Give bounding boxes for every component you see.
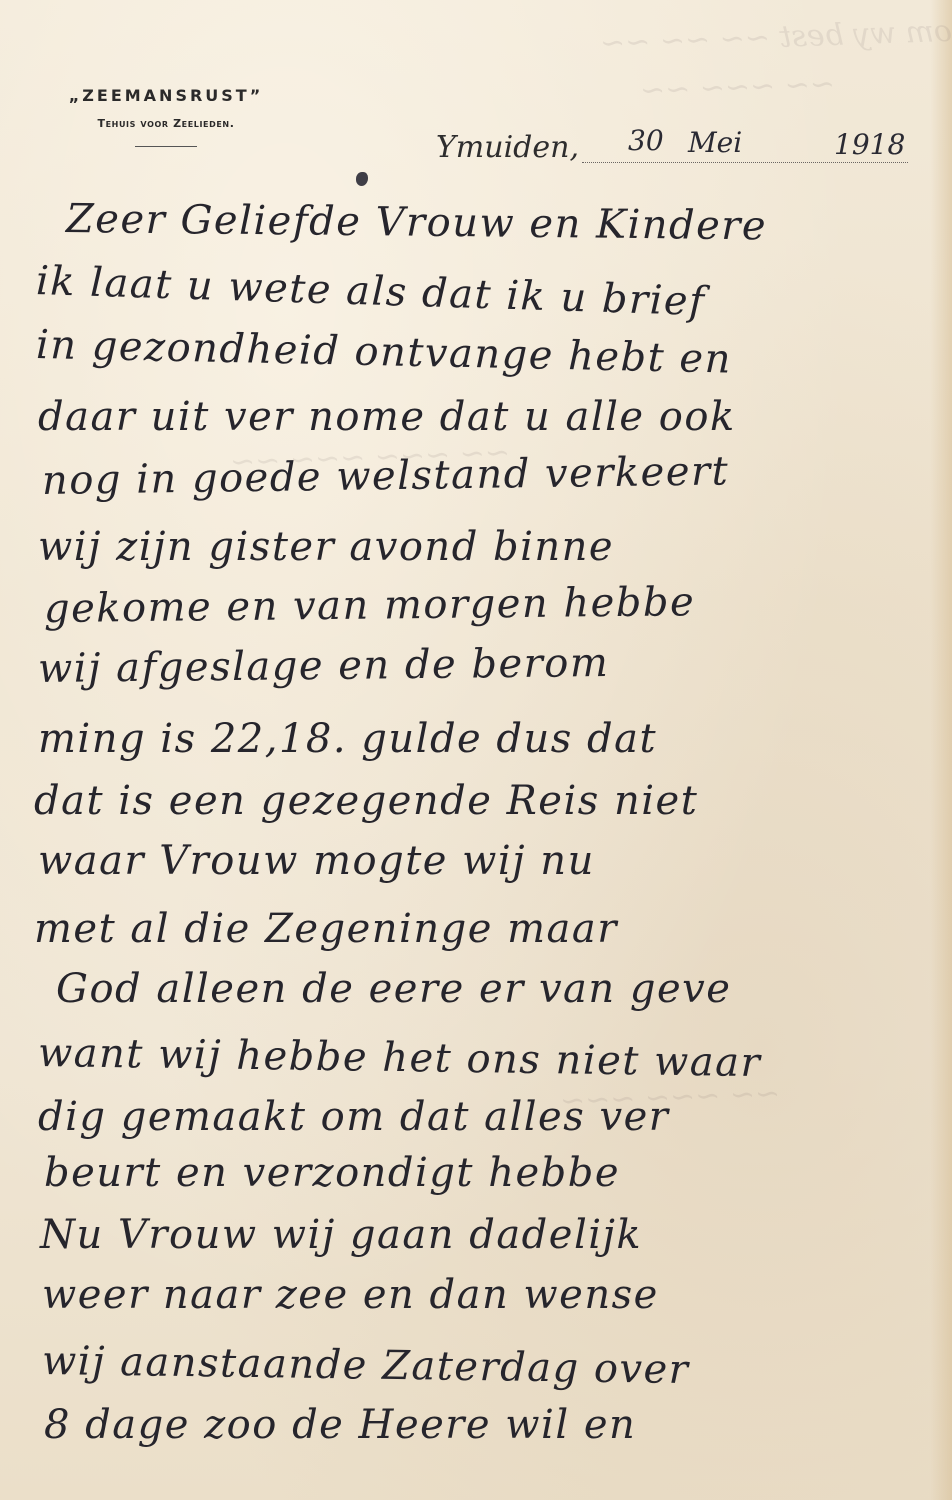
letter-line: Nu Vrouw wij gaan dadelijk bbox=[40, 1212, 642, 1258]
dateline: Ymuiden, 30 Mei 1918 bbox=[436, 128, 916, 172]
letter-page: om wy best ~~ ~~ ~~ ~~ ~~~ ~~ ~~ ~~~ ~~~… bbox=[0, 0, 952, 1500]
ink-blot bbox=[356, 172, 368, 186]
letter-line: wij aanstaande Zaterdag over bbox=[42, 1338, 690, 1393]
letter-line: nog in goede welstand verkeert bbox=[42, 448, 730, 504]
letter-line: ming is 22,18. gulde dus dat bbox=[38, 716, 657, 762]
letter-line: 8 dage zoo de Heere wil en bbox=[44, 1402, 636, 1448]
dateline-dotted-rule bbox=[582, 162, 908, 163]
letter-line: wij zijn gister avond binne bbox=[38, 524, 614, 570]
dateline-day: 30 bbox=[628, 124, 664, 157]
letter-line: dig gemaakt om dat alles ver bbox=[38, 1094, 669, 1140]
letter-line: gekome en van morgen hebbe bbox=[44, 579, 696, 632]
letter-line: dat is een gezegende Reis niet bbox=[34, 778, 698, 824]
letterhead-rule bbox=[135, 146, 197, 147]
letter-line: beurt en verzondigt hebbe bbox=[44, 1150, 620, 1196]
reverse-side-show-through: ~~ ~~~ ~~ bbox=[639, 67, 835, 109]
letter-line: waar Vrouw mogte wij nu bbox=[38, 838, 595, 884]
dateline-place: Ymuiden, bbox=[436, 130, 579, 165]
letter-line: daar uit ver nome dat u alle ook bbox=[38, 394, 736, 440]
letter-line: in gezondheid ontvange hebt en bbox=[36, 322, 733, 383]
letter-line: met al die Zegeninge maar bbox=[34, 906, 618, 952]
letter-line: wij afgeslage en de berom bbox=[38, 640, 610, 692]
reverse-side-show-through: om wy best ~~ ~~ ~~ bbox=[599, 14, 952, 61]
dateline-month: Mei bbox=[688, 126, 742, 159]
letter-line: ik laat u wete als dat ik u brief bbox=[35, 258, 706, 325]
letterhead-title: „ZEEMANSRUST” bbox=[36, 86, 296, 105]
letterhead: „ZEEMANSRUST” Tehuis voor Zeelieden. bbox=[36, 86, 296, 147]
letterhead-subtitle: Tehuis voor Zeelieden. bbox=[36, 117, 296, 130]
letter-line: weer naar zee en dan wense bbox=[42, 1272, 659, 1318]
letter-line: Zeer Geliefde Vrouw en Kindere bbox=[66, 196, 768, 249]
dateline-year: 1918 bbox=[834, 128, 905, 161]
letter-line: God alleen de eere er van geve bbox=[56, 966, 731, 1012]
letter-line: want wij hebbe het ons niet waar bbox=[38, 1030, 762, 1086]
paper-edge bbox=[930, 0, 952, 1500]
